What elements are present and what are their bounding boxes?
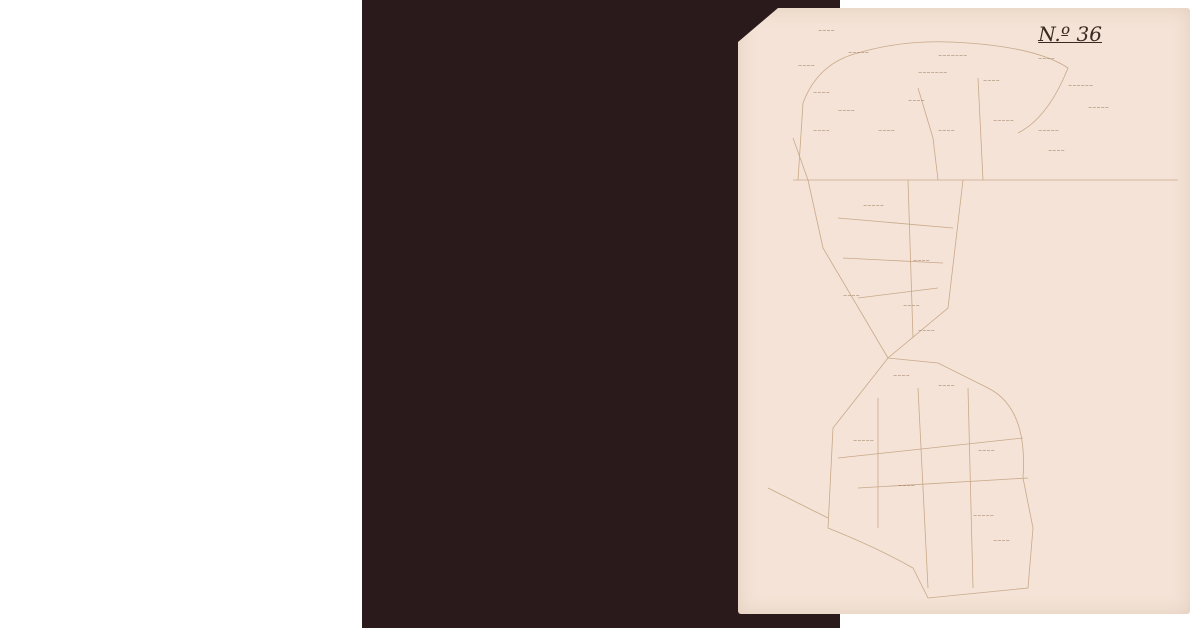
parcel-label: ~~~~~ (853, 438, 874, 444)
parcel-label: ~~~~ (813, 128, 830, 134)
parcel-label: ~~~~ (938, 383, 955, 389)
parcel-label: ~~~~~ (993, 118, 1014, 124)
parcel-label: ~~~~ (983, 78, 1000, 84)
parcel-label: ~~~~ (893, 373, 910, 379)
scan-backing: N.º 36 (362, 0, 840, 628)
parcel-label: ~~~~ (993, 538, 1010, 544)
parcel-label: ~~~~ (878, 128, 895, 134)
parcel-label: ~~~~~~ (1068, 83, 1093, 89)
parcel-label: ~~~~ (978, 448, 995, 454)
parcel-label: ~~~~~ (1088, 105, 1109, 111)
parcel-label: ~~~~ (938, 128, 955, 134)
parcel-label: ~~~~ (843, 293, 860, 299)
parcel-label: ~~~~~ (973, 513, 994, 519)
parcel-label: ~~~~ (913, 258, 930, 264)
parcel-boundaries (738, 8, 1190, 614)
parcel-label: ~~~~ (798, 63, 815, 69)
parcel-label: ~~~~~~~ (918, 70, 947, 76)
parcel-label: ~~~~~~~ (938, 53, 967, 59)
parcel-label: ~~~~~ (848, 50, 869, 56)
parcel-label: ~~~~ (918, 328, 935, 334)
parcel-label: ~~~~ (1048, 148, 1065, 154)
parcel-label: ~~~~ (903, 303, 920, 309)
parcel-label: ~~~~~ (863, 203, 884, 209)
parcel-label: ~~~~ (1038, 56, 1055, 62)
parcel-label: ~~~~ (908, 98, 925, 104)
parcel-label: ~~~~ (838, 108, 855, 114)
map-sheet: N.º 36 (738, 8, 1190, 614)
parcel-label: ~~~~~ (1038, 128, 1059, 134)
parcel-label: ~~~~ (818, 28, 835, 34)
parcel-label: ~~~~ (813, 90, 830, 96)
parcel-label: ~~~~ (898, 483, 915, 489)
